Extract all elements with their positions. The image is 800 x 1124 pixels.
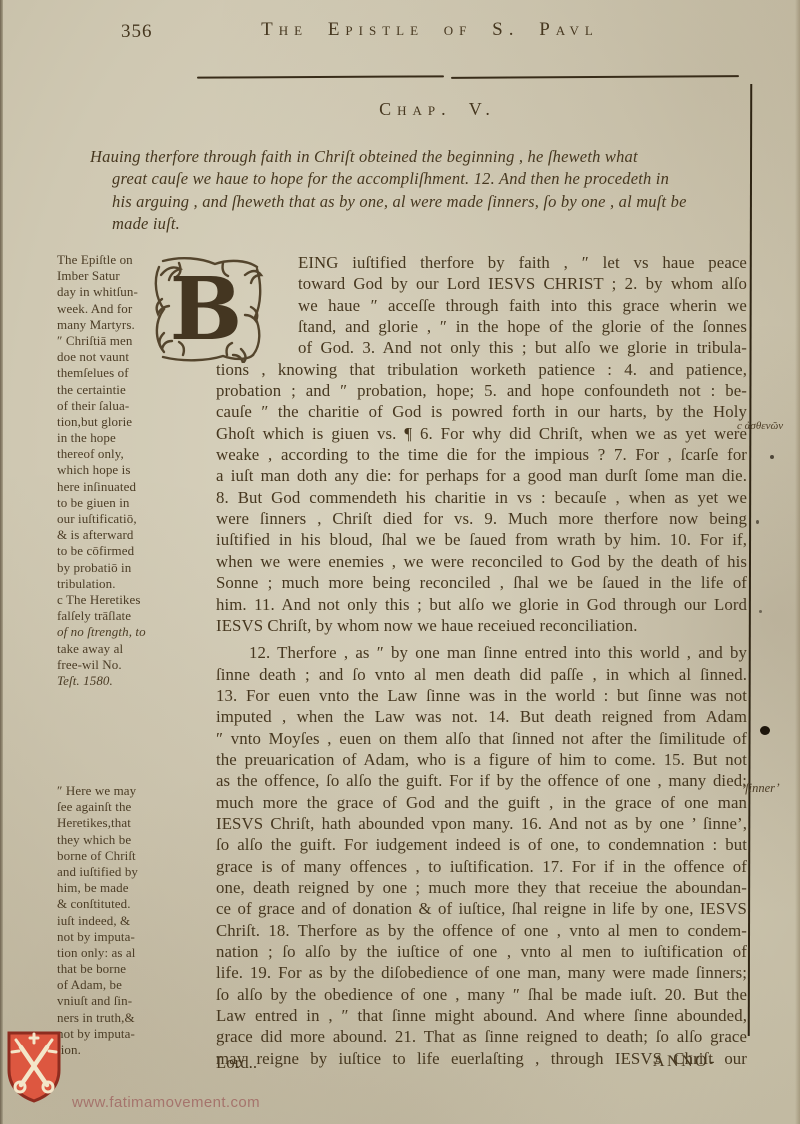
crossed-keys-shield-logo-icon xyxy=(6,1030,62,1109)
body-text-line: ſtand, and glorie , ″ in the hope of the… xyxy=(216,316,747,337)
margin-note-line: of Adam, be xyxy=(57,977,213,993)
final-word: Lord.. xyxy=(216,1053,257,1072)
scanned-book-page: 356 The Epistle of S. Pavl Chap. V. Haui… xyxy=(0,0,800,1124)
margin-note-line: to be cōfirmed xyxy=(57,543,213,559)
margin-note-line: him, be made xyxy=(57,880,213,896)
margin-note-line: themſelues of xyxy=(57,365,213,381)
summary-line: Hauing therfore through faith in Chriſt … xyxy=(90,146,750,168)
margin-note-line: to be giuen in xyxy=(57,495,213,511)
body-text-line: IESVS Chriſt, hath abounded vpon many. 1… xyxy=(216,813,747,834)
body-text-line: toward God by our Lord IESVS CHRIST ; 2.… xyxy=(216,273,747,294)
margin-note-line: borne of Chriſt xyxy=(57,848,213,864)
margin-note-line: ners in truth,& xyxy=(57,1010,213,1026)
body-text-line: imputed , when the Law was not. 14. But … xyxy=(216,706,747,727)
header-rule-right xyxy=(451,75,739,79)
margin-note-line: iuſt indeed, & xyxy=(57,913,213,929)
margin-notes-lower: ″ Here we mayſee againſt theHeretikes,th… xyxy=(57,783,213,1058)
margin-note-line: that be borne xyxy=(57,961,213,977)
body-text-line: ſo alſo the guift. For iudgement indeed … xyxy=(216,834,747,855)
sinner-margin-note: ’ſinner’ xyxy=(741,781,780,796)
catchword: ANNO- xyxy=(653,1053,717,1071)
margin-note-line: our iuſtificatiō, xyxy=(57,511,213,527)
margin-note-line: here inſinuated xyxy=(57,479,213,495)
margin-note-line: free-wil No. xyxy=(57,657,213,673)
margin-note-line: of their ſalua- xyxy=(57,398,213,414)
body-text-line: EING iuſtified therfore by faith , ″ let… xyxy=(216,252,747,273)
body-text-line: cauſe ″ the charitie of God is powred fo… xyxy=(216,401,747,422)
ink-speck xyxy=(756,520,759,524)
body-text-line: Law entred in , ″ that ſinne might aboun… xyxy=(216,1005,747,1026)
body-text-line: him. 11. And not only this ; but alſo we… xyxy=(216,594,747,615)
body-text-line: we haue ″ acceſſe through faith into thi… xyxy=(216,295,747,316)
margin-note-line: c The Heretikes xyxy=(57,592,213,608)
margin-note-line: and iuſtified by xyxy=(57,864,213,880)
watermark-url: www.fatimamovement.com xyxy=(72,1094,260,1111)
margin-note-line: which hope is xyxy=(57,462,213,478)
ink-blot xyxy=(760,726,770,735)
margin-note-line: by probatiō in xyxy=(57,560,213,576)
margin-note-line: take away al xyxy=(57,641,213,657)
margin-note-line: tribulation. xyxy=(57,576,213,592)
body-text-line: Ghoſt which is giuen vs. ¶ 6. For why di… xyxy=(216,423,747,444)
margin-note-line: Heretikes,that xyxy=(57,815,213,831)
body-text-line: one, death reigned by one ; much more th… xyxy=(216,877,747,898)
margin-note-line: ″ Here we may xyxy=(57,783,213,799)
margin-note-line: of no ſtrength, to xyxy=(57,624,213,640)
margin-note-line: tion only: as al xyxy=(57,945,213,961)
header-rule-left xyxy=(197,75,444,78)
margin-note-line: vniuſt and ſin- xyxy=(57,993,213,1009)
page-number: 356 xyxy=(121,21,153,43)
body-text-line: were ſinners , Chriſt died for vs. 9. Mu… xyxy=(216,508,747,529)
body-text-line: ſinne death ; and ſo vnto al men death d… xyxy=(216,664,747,685)
body-text-line: weake , according to the time die for th… xyxy=(216,444,747,465)
ink-speck xyxy=(770,455,774,459)
margin-note-line: & is afterward xyxy=(57,527,213,543)
greek-margin-note: c ἀσθενῶν xyxy=(737,420,783,432)
body-text-line: 13. For euen vnto the Law ſinne was in t… xyxy=(216,685,747,706)
margin-note-line: not by imputa- xyxy=(57,929,213,945)
body-text-line: ce of grace and of donation & of iuſtice… xyxy=(216,898,747,919)
body-final-line: ANNO- Lord.. xyxy=(216,1053,747,1073)
summary-line: made iuſt. xyxy=(90,213,750,235)
body-text-line: IESVS Chriſt, by whom now we haue receiu… xyxy=(216,615,747,636)
body-text-line: Sonne ; much more being reconciled , ſha… xyxy=(216,572,747,593)
scan-left-edge xyxy=(0,0,3,1124)
margin-note-line: Teſt. 1580. xyxy=(57,673,213,689)
body-text-line: of God. 3. And not only this ; but alſo … xyxy=(216,337,747,358)
margin-note-line: tion. xyxy=(57,1042,213,1058)
margin-note-line: in the hope xyxy=(57,430,213,446)
body-text-line: life. 19. For as by the diſobedience of … xyxy=(216,962,747,983)
summary-line: his arguing , and ſheweth that as by one… xyxy=(90,191,750,213)
running-title: The Epistle of S. Pavl xyxy=(160,19,700,41)
body-text-line: much more the grace of God and the guift… xyxy=(216,792,747,813)
body-text-line: tions , knowing that tribulation worketh… xyxy=(216,359,747,380)
margin-note-line: tion,but glorie xyxy=(57,414,213,430)
margin-note-line: falſely trāſlate xyxy=(57,608,213,624)
body-text-line: 12. Therfore , as ″ by one man ſinne ent… xyxy=(216,642,747,663)
body-text-line: Chriſt. 18. Therfore as by the offence o… xyxy=(216,920,747,941)
body-text-line: nation ; ſo alſo by the iuſtice of one ,… xyxy=(216,941,747,962)
body-text-line: the preuarication of Adam, who is a figu… xyxy=(216,749,747,770)
body-text-line: iuſtified in his bloud, ſhal we be ſaued… xyxy=(216,529,747,550)
scan-right-edge xyxy=(795,0,800,1124)
margin-note-line: thereof only, xyxy=(57,446,213,462)
body-text-line: when we were enemies , we were reconcile… xyxy=(216,551,747,572)
chapter-heading: Chap. V. xyxy=(200,99,675,120)
body-text-line: probation ; and ″ probation, hope; 5. an… xyxy=(216,380,747,401)
chapter-summary: Hauing therfore through faith in Chriſt … xyxy=(90,146,750,236)
body-text-line: as the offence, ſo alſo the guift. For i… xyxy=(216,770,747,791)
margin-note-line: the certaintie xyxy=(57,382,213,398)
margin-note-line: not by imputa- xyxy=(57,1026,213,1042)
body-text-line: ſo alſo by the obedience of one , many ″… xyxy=(216,984,747,1005)
summary-line: great cauſe we haue to hope for the acco… xyxy=(90,168,750,190)
body-text-line: ″ vnto Moyſes , euen on them alſo that ſ… xyxy=(216,728,747,749)
margin-note-line: & conſtituted. xyxy=(57,896,213,912)
body-text-line: 8. But God commendeth his charitie in vs… xyxy=(216,487,747,508)
body-text-line: grace is of many offences , to iuſtifica… xyxy=(216,856,747,877)
body-text-line: grace did more abound. 21. That as ſinne… xyxy=(216,1026,747,1047)
body-text: EING iuſtified therfore by faith , ″ let… xyxy=(216,252,747,1069)
margin-note-line: ſee againſt the xyxy=(57,799,213,815)
body-text-line: a iuſt man doth any die: for perhaps for… xyxy=(216,465,747,486)
margin-note-line: they which be xyxy=(57,832,213,848)
ink-speck xyxy=(759,610,762,613)
